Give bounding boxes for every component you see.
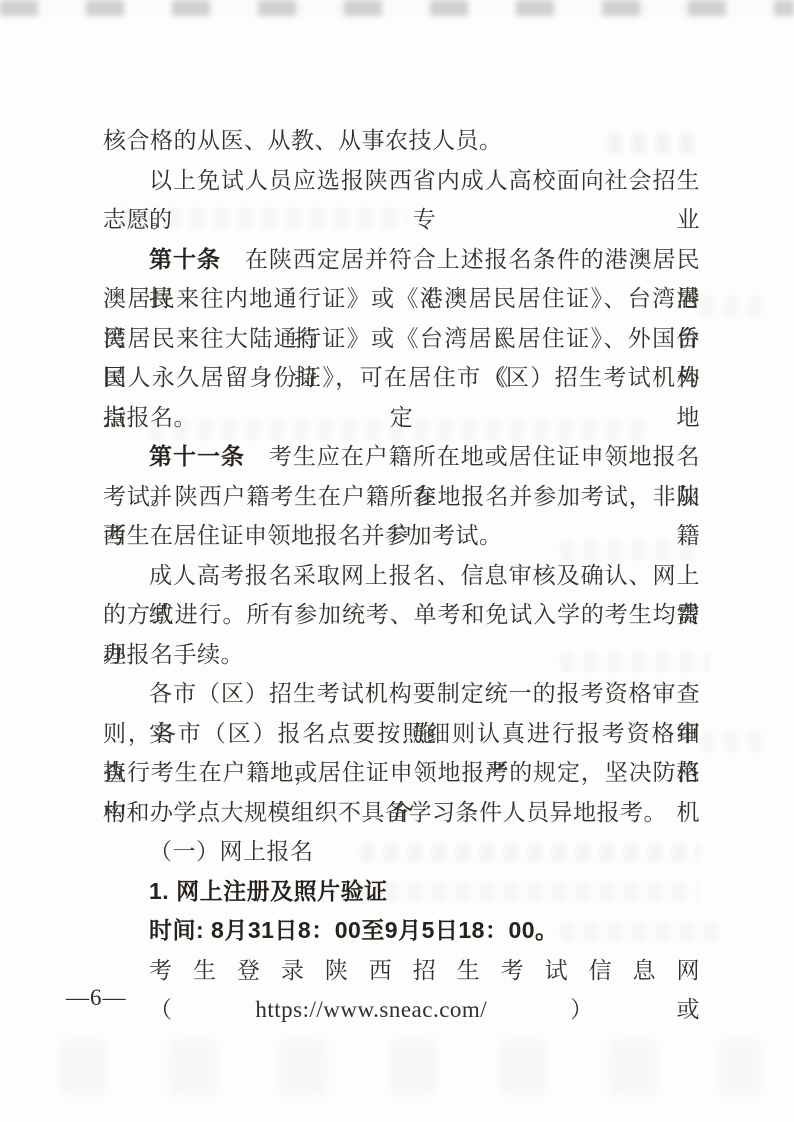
document-line: 成人高考报名采取网上报名、信息审核及确认、网上缴费 [103, 556, 700, 596]
text-segment: 理报名手续。 [103, 642, 244, 667]
document-line: 国人永久居留身份证》，可在居住市（区）招生考试机构指定地 [103, 358, 700, 398]
document-line: 第十一条 考生应在户籍所在地或居住证申领地报名并参加 [103, 437, 700, 477]
bleed-through-artifact [700, 732, 770, 752]
document-line: 湾居民来往大陆通行证》或《台湾居民居住证》、外国侨民持《外 [103, 319, 700, 359]
text-segment: 点报名。 [103, 405, 197, 430]
bleed-through-artifact [700, 296, 770, 316]
scan-edge-artifact [0, 0, 794, 16]
document-line: 以上免试人员应选报陕西省内成人高校面向社会招生的专业 [103, 161, 700, 201]
document-line: 考试。陕西户籍考生在户籍所在地报名并参加考试，非陕西户籍 [103, 477, 700, 517]
text-segment: 考生在居住证申领地报名并参加考试。 [103, 523, 503, 548]
text-segment: 第十一条 [149, 443, 245, 469]
scanned-document-page: 核合格的从医、从教、从事农技人员。以上免试人员应选报陕西省内成人高校面向社会招生… [0, 0, 794, 1122]
document-line: 考生登录陕西招生考试信息网（https://www.sneac.com/）或 [103, 951, 700, 991]
document-line: 核合格的从医、从教、从事农技人员。 [103, 121, 700, 161]
document-line: 构和办学点大规模组织不具备学习条件人员异地报考。 [103, 793, 700, 833]
text-segment: 时间: 8月31日8：00至9月5日18：00。 [149, 917, 559, 943]
document-line: 澳居民来往内地通行证》或《港澳居民居住证》、台湾居民持《台 [103, 279, 700, 319]
text-segment: 第十条 [149, 246, 221, 272]
text-segment: 构和办学点大规模组织不具备学习条件人员异地报考。 [103, 800, 667, 825]
document-line: 各市（区）招生考试机构要制定统一的报考资格审查实施细 [103, 674, 700, 714]
text-segment: （一）网上报名 [149, 839, 314, 864]
document-line: 第十条 在陕西定居并符合上述报名条件的港澳居民持《港 [103, 240, 700, 280]
document-line: 时间: 8月31日8：00至9月5日18：00。 [103, 911, 700, 951]
text-segment: 考生登录陕西招生考试信息网（https://www.sneac.com/）或 [149, 958, 700, 1023]
text-segment: 1. 网上注册及照片验证 [149, 878, 388, 904]
document-line: （一）网上报名 [103, 832, 700, 872]
page-number: —6— [66, 985, 127, 1011]
document-line: 的方式进行。所有参加统考、单考和免试入学的考生均需办 [103, 595, 700, 635]
text-segment: 以上免试人员应选报陕西省内成人高校面向社会招生的专业 [149, 168, 700, 233]
document-line: 理报名手续。 [103, 635, 700, 675]
text-segment: 志愿。 [103, 207, 174, 232]
document-body: 核合格的从医、从教、从事农技人员。以上免试人员应选报陕西省内成人高校面向社会招生… [103, 121, 700, 990]
document-line: 执行考生在户籍地或居住证申领地报考的规定，坚决防范中介机 [103, 753, 700, 793]
text-segment: 核合格的从医、从教、从事农技人员。 [103, 128, 503, 153]
document-line: 则，各市（区）报名点要按照细则认真进行报考资格审查，严格 [103, 714, 700, 754]
document-line: 1. 网上注册及照片验证 [103, 872, 700, 912]
scan-edge-artifact [60, 1040, 760, 1095]
